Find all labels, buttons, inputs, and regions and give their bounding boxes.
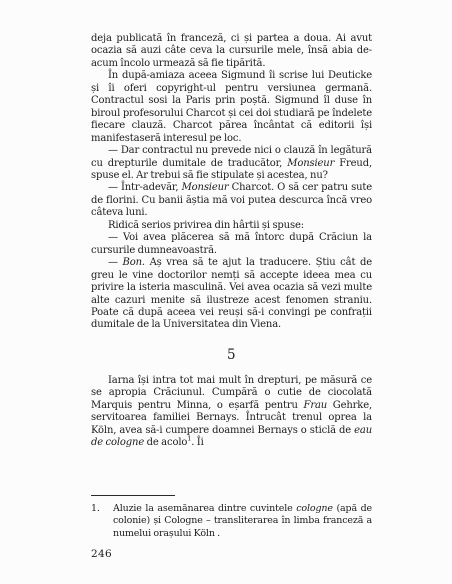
paragraph: — Voi avea plăcerea să mă întorc după Cr… (91, 232, 372, 257)
italic-text-run: Bon (123, 257, 142, 268)
text-run: deja publicată în franceză, ci și partea… (91, 33, 372, 69)
italic-text-run: Frau (304, 400, 328, 411)
italic-text-run: Monsieur (182, 182, 229, 193)
paragraph: — Dar contractul nu prevede nici o clauz… (91, 145, 372, 182)
text-run: Aluzie la asemănarea dintre cuvintele (113, 503, 296, 514)
body-text-section-1: deja publicată în franceză, ci și partea… (91, 33, 372, 332)
body-text-section-2: Iarna își intra tot mai mult în drepturi… (91, 375, 372, 450)
text-run: . Îi (191, 437, 203, 448)
italic-text-run: Monsieur (287, 158, 334, 169)
text-run: În după-amiaza aceea Sigmund îi scrise l… (91, 70, 372, 143)
footnote: 1. Aluzie la asemănarea dintre cuvintele… (91, 495, 372, 540)
italic-text-run: cologne (296, 503, 333, 514)
paragraph: — Într-adevăr, Monsieur Charcot. O să ce… (91, 182, 372, 219)
text-run: Ridică serios privirea din hârtii și spu… (108, 220, 304, 231)
text-column: deja publicată în franceză, ci și partea… (91, 33, 372, 450)
footnote-text: Aluzie la asemănarea dintre cuvintele co… (113, 503, 372, 540)
paragraph: Iarna își intra tot mai mult în drepturi… (91, 375, 372, 450)
book-page: deja publicată în franceză, ci și partea… (0, 0, 452, 584)
text-run: — (108, 257, 123, 268)
text-run: de acolo (144, 437, 187, 448)
paragraph: deja publicată în franceză, ci și partea… (91, 33, 372, 70)
chapter-heading: 5 (91, 347, 372, 363)
paragraph: — Bon. Aș vrea să te ajut la traducere. … (91, 257, 372, 332)
text-run: — Într-adevăr, (108, 182, 182, 193)
text-run: — Voi avea plăcerea să mă întorc după Cr… (91, 232, 372, 255)
footnote-body: 1. Aluzie la asemănarea dintre cuvintele… (91, 503, 372, 540)
footnote-marker: 1. (91, 503, 113, 540)
paragraph: Ridică serios privirea din hârtii și spu… (91, 220, 372, 232)
footnote-separator-rule (91, 495, 175, 496)
paragraph: În după-amiaza aceea Sigmund îi scrise l… (91, 70, 372, 145)
page-number: 246 (91, 548, 112, 560)
